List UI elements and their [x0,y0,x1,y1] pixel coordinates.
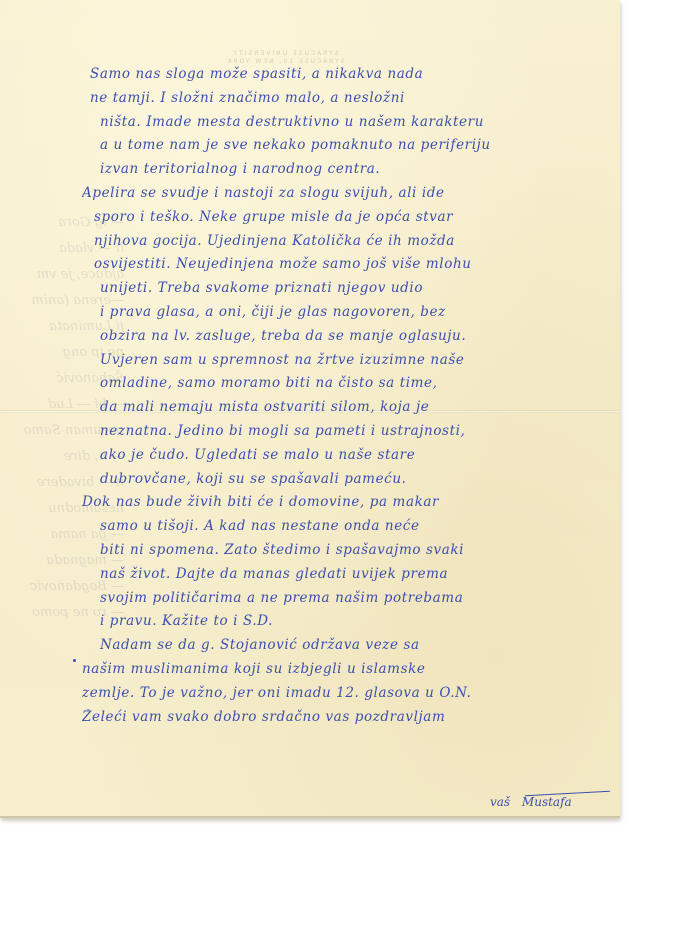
text-line: da mali nemaju mista ostvariti silom, ko… [82,399,622,423]
text-line: Dok nas bude živih biti će i domovine, p… [82,494,622,518]
text-line: ne tamji. I složni značimo malo, a neslo… [82,90,622,114]
text-line: ništa. Imade mesta destruktivno u našem … [82,114,622,138]
text-line: i pravu. Kažite to i S.D. [82,613,622,637]
letterhead-line-2: SYRACUSE 10, NEW YORK [210,58,360,66]
text-line: a u tome nam je sve nekako pomaknuto na … [82,137,622,161]
text-line: omladine, samo moramo biti na čisto sa t… [82,375,622,399]
text-line: obzira na lv. zasluge, treba da se manje… [82,328,622,352]
text-line: osvijestiti. Neujedinjena može samo još … [82,256,622,280]
text-line: našim muslimanima koji su izbjegli u isl… [82,661,622,685]
text-line: Nadam se da g. Stojanović održava veze s… [82,637,622,661]
handwritten-body: Samo nas sloga može spasiti, a nikakva n… [82,66,622,732]
text-line: njihova gocija. Ujedinjena Katolička će … [82,233,622,257]
text-line: Želeći vam svako dobro srdačno vas pozdr… [82,709,622,733]
signature-prefix: vaš [490,795,510,809]
signature-name: Mustafa [522,795,572,809]
text-line: svojim političarima a ne prema našim pot… [82,590,622,614]
text-line: neznatna. Jedino bi mogli sa pameti i us… [82,423,622,447]
letter-page: SYRACUSE UNIVERSITY SYRACUSE 10, NEW YOR… [0,0,620,818]
text-line: unijeti. Treba svakome priznati njegov u… [82,280,622,304]
text-line: zemlje. To je važno, jer oni imadu 12. g… [82,685,622,709]
letterhead-line-1: SYRACUSE UNIVERSITY [210,50,360,58]
text-line: i prava glasa, a oni, čiji je glas nagov… [82,304,622,328]
text-line: biti ni spomena. Zato štedimo i spašavaj… [82,542,622,566]
text-line: naš život. Dajte da manas gledati uvijek… [82,566,622,590]
text-line: Samo nas sloga može spasiti, a nikakva n… [82,66,622,90]
ink-dot [73,659,76,662]
text-line: izvan teritorialnog i narodnog centra. [82,161,622,185]
signature: vaš Mustafa [490,795,572,809]
text-line: sporo i teško. Neke grupe misle da je op… [82,209,622,233]
text-line: Apelira se svudje i nastoji za slogu svi… [82,185,622,209]
letterhead-watermark: SYRACUSE UNIVERSITY SYRACUSE 10, NEW YOR… [210,50,360,66]
text-line: ako je čudo. Ugledati se malo u naše sta… [82,447,622,471]
text-line: Uvjeren sam u spremnost na žrtve izuzimn… [82,352,622,376]
text-line: dubrovčane, koji su se spašavali pameću. [82,471,622,495]
text-line: samo u tišoji. A kad nas nestane onda ne… [82,518,622,542]
